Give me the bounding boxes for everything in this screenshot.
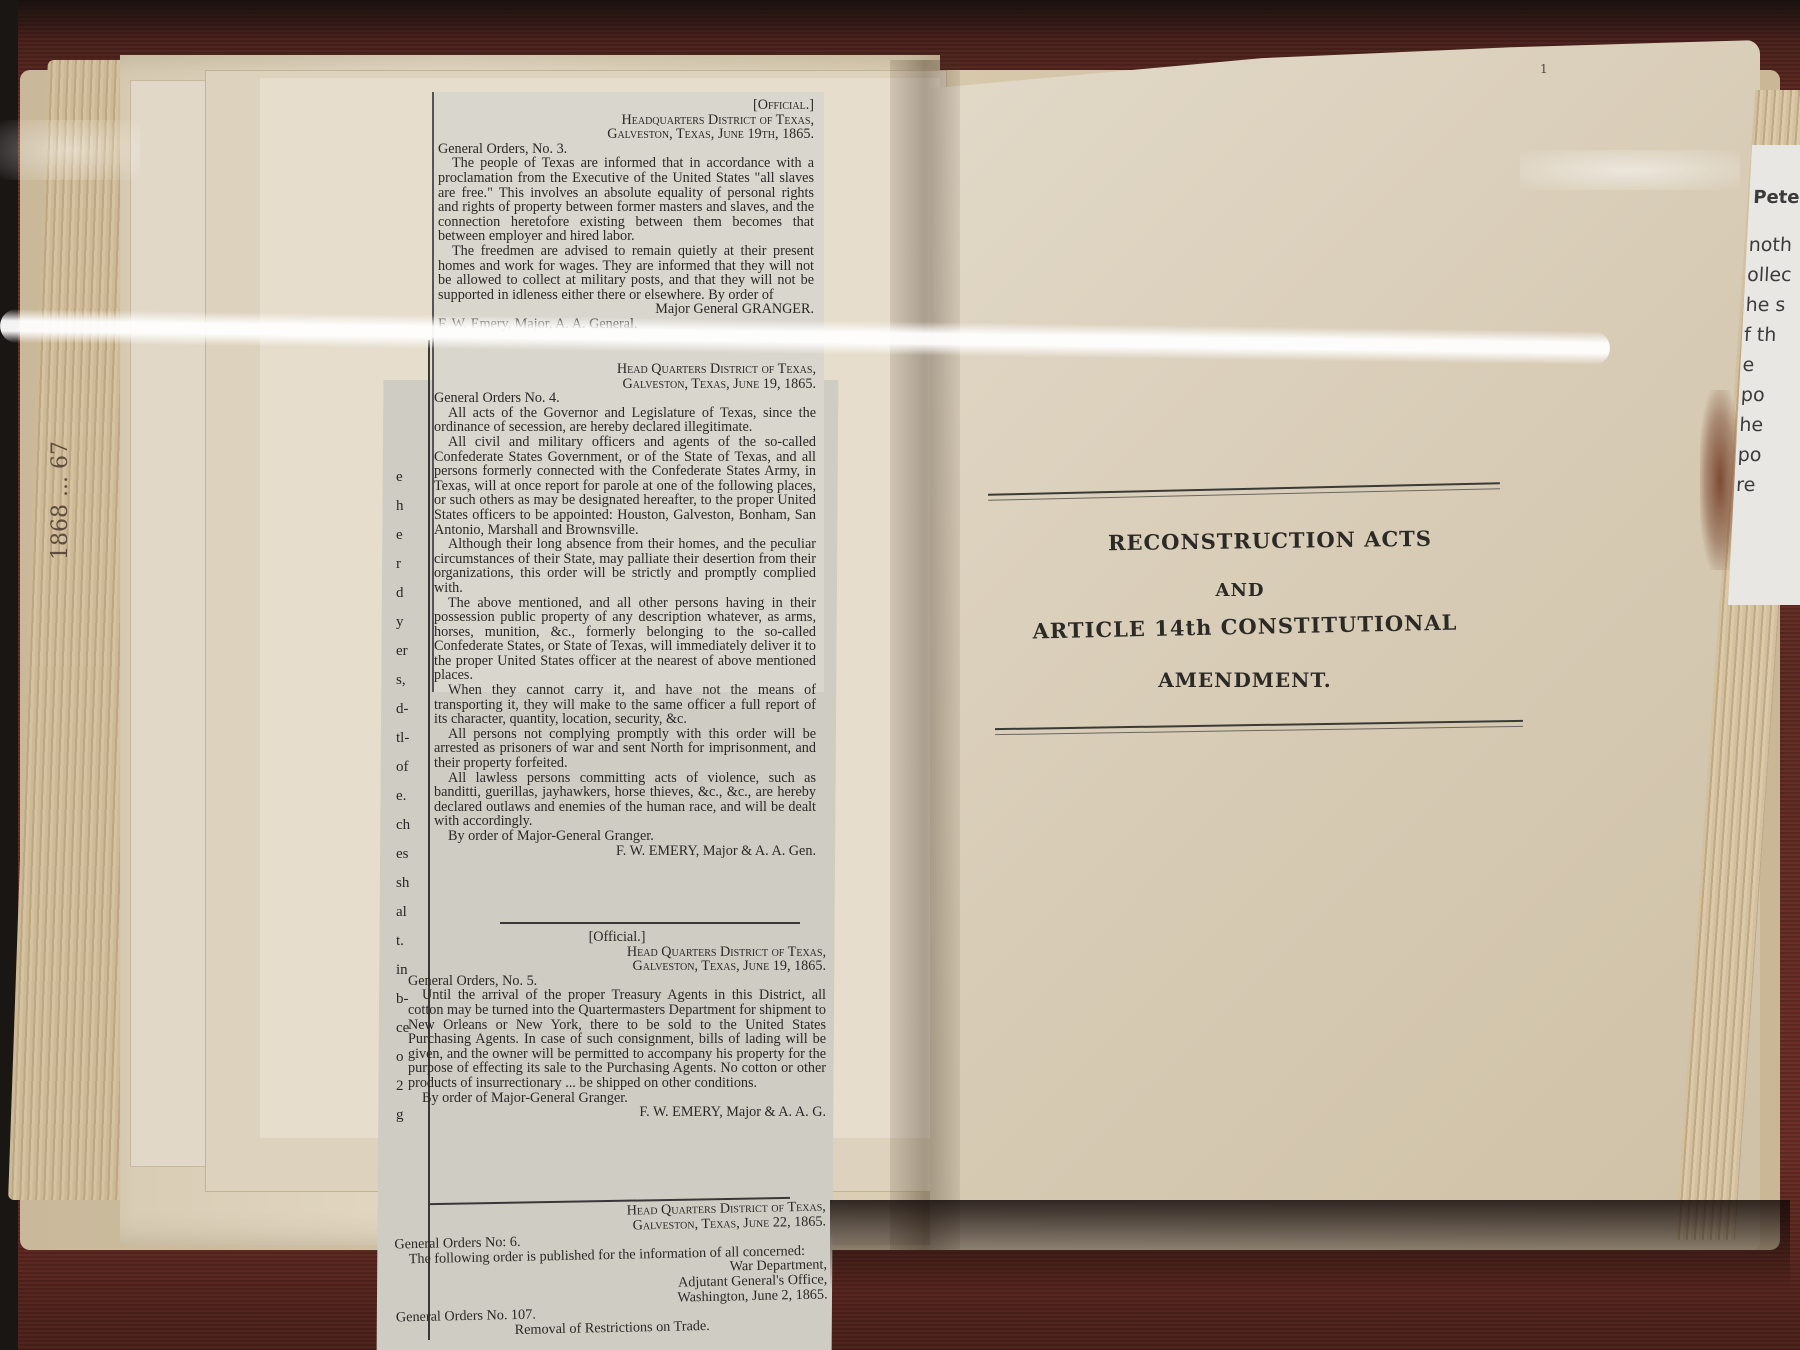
order-paragraph: All acts of the Governor and Legislature… (434, 406, 816, 435)
place-date: Galveston, Texas, June 19, 1865. (408, 959, 826, 974)
column-fragment: tl- (396, 731, 424, 760)
general-orders-3: [Official.] Headquarters District of Tex… (438, 98, 814, 332)
column-fragment: er (396, 644, 424, 673)
order-paragraph: All persons not complying promptly with … (434, 727, 816, 771)
signature: By order of Major-General Granger. (434, 829, 816, 844)
order-paragraph: Until the arrival of the proper Treasury… (408, 988, 826, 1090)
order-paragraph: The above mentioned, and all other perso… (434, 596, 816, 684)
general-orders-4: Head Quarters District of Texas, Galvest… (434, 362, 816, 858)
title-line-2: AND (960, 580, 1520, 601)
order-title: General Orders, No. 5. (408, 974, 826, 989)
column-fragment: r (396, 557, 424, 586)
page-number: 1 (1540, 62, 1548, 76)
column-fragment: h (396, 499, 424, 528)
display-glass-reflection (1520, 150, 1740, 190)
general-orders-6: Head Quarters District of Texas, Galvest… (394, 1199, 829, 1339)
column-fragment: of (396, 760, 424, 789)
placard-heading: Peter (1753, 187, 1800, 208)
order-title: General Orders No. 4. (434, 391, 816, 406)
place-date: Galveston, Texas, June 19, 1865. (434, 377, 816, 392)
order-paragraph: Although their long absence from their h… (434, 537, 816, 595)
column-fragment: es (396, 847, 424, 876)
section-rule (500, 922, 800, 924)
official-label: [Official.] (408, 930, 826, 945)
general-orders-5: [Official.] Head Quarters District of Te… (408, 930, 826, 1120)
hq-heading: Head Quarters District of Texas, (408, 945, 826, 960)
signature: F. W. EMERY, Major & A. A. Gen. (434, 844, 816, 859)
column-fragment: ch (396, 818, 424, 847)
order-paragraph: The freedmen are advised to remain quiet… (438, 244, 814, 302)
column-fragment: sh (396, 876, 424, 905)
column-fragment: d- (396, 702, 424, 731)
book-shadow (830, 1200, 1790, 1290)
right-title-page (930, 40, 1760, 1250)
case-top-shadow (0, 0, 1800, 40)
column-fragment: d (396, 586, 424, 615)
order-paragraph: All lawless persons committing acts of v… (434, 771, 816, 829)
column-fragment: s, (396, 673, 424, 702)
handwritten-annotation: 1868 ... 67 (48, 180, 108, 560)
column-fragment: e (396, 528, 424, 557)
order-paragraph: When they cannot carry it, and have not … (434, 683, 816, 727)
official-label: [Official.] (438, 98, 814, 113)
place-date: Galveston, Texas, June 19th, 1865. (438, 127, 814, 142)
signature: By order of Major-General Granger. (408, 1091, 826, 1106)
column-rule (428, 340, 430, 1340)
column-fragment: e. (396, 789, 424, 818)
column-fragment: e (396, 470, 424, 499)
title-line-4: AMENDMENT. (1000, 668, 1490, 692)
hq-heading: Headquarters District of Texas, (438, 113, 814, 128)
order-paragraph: All civil and military officers and agen… (434, 435, 816, 537)
placard-text: noth ollec he s f th e po he po re (1735, 230, 1800, 500)
column-fragment: y (396, 615, 424, 644)
display-glass-reflection (0, 120, 140, 180)
signature: F. W. EMERY, Major & A. A. G. (408, 1105, 826, 1120)
order-title: General Orders, No. 3. (438, 142, 814, 157)
order-paragraph: The people of Texas are informed that in… (438, 156, 814, 244)
hq-heading: Head Quarters District of Texas, (434, 362, 816, 377)
book-gutter (890, 60, 960, 1250)
